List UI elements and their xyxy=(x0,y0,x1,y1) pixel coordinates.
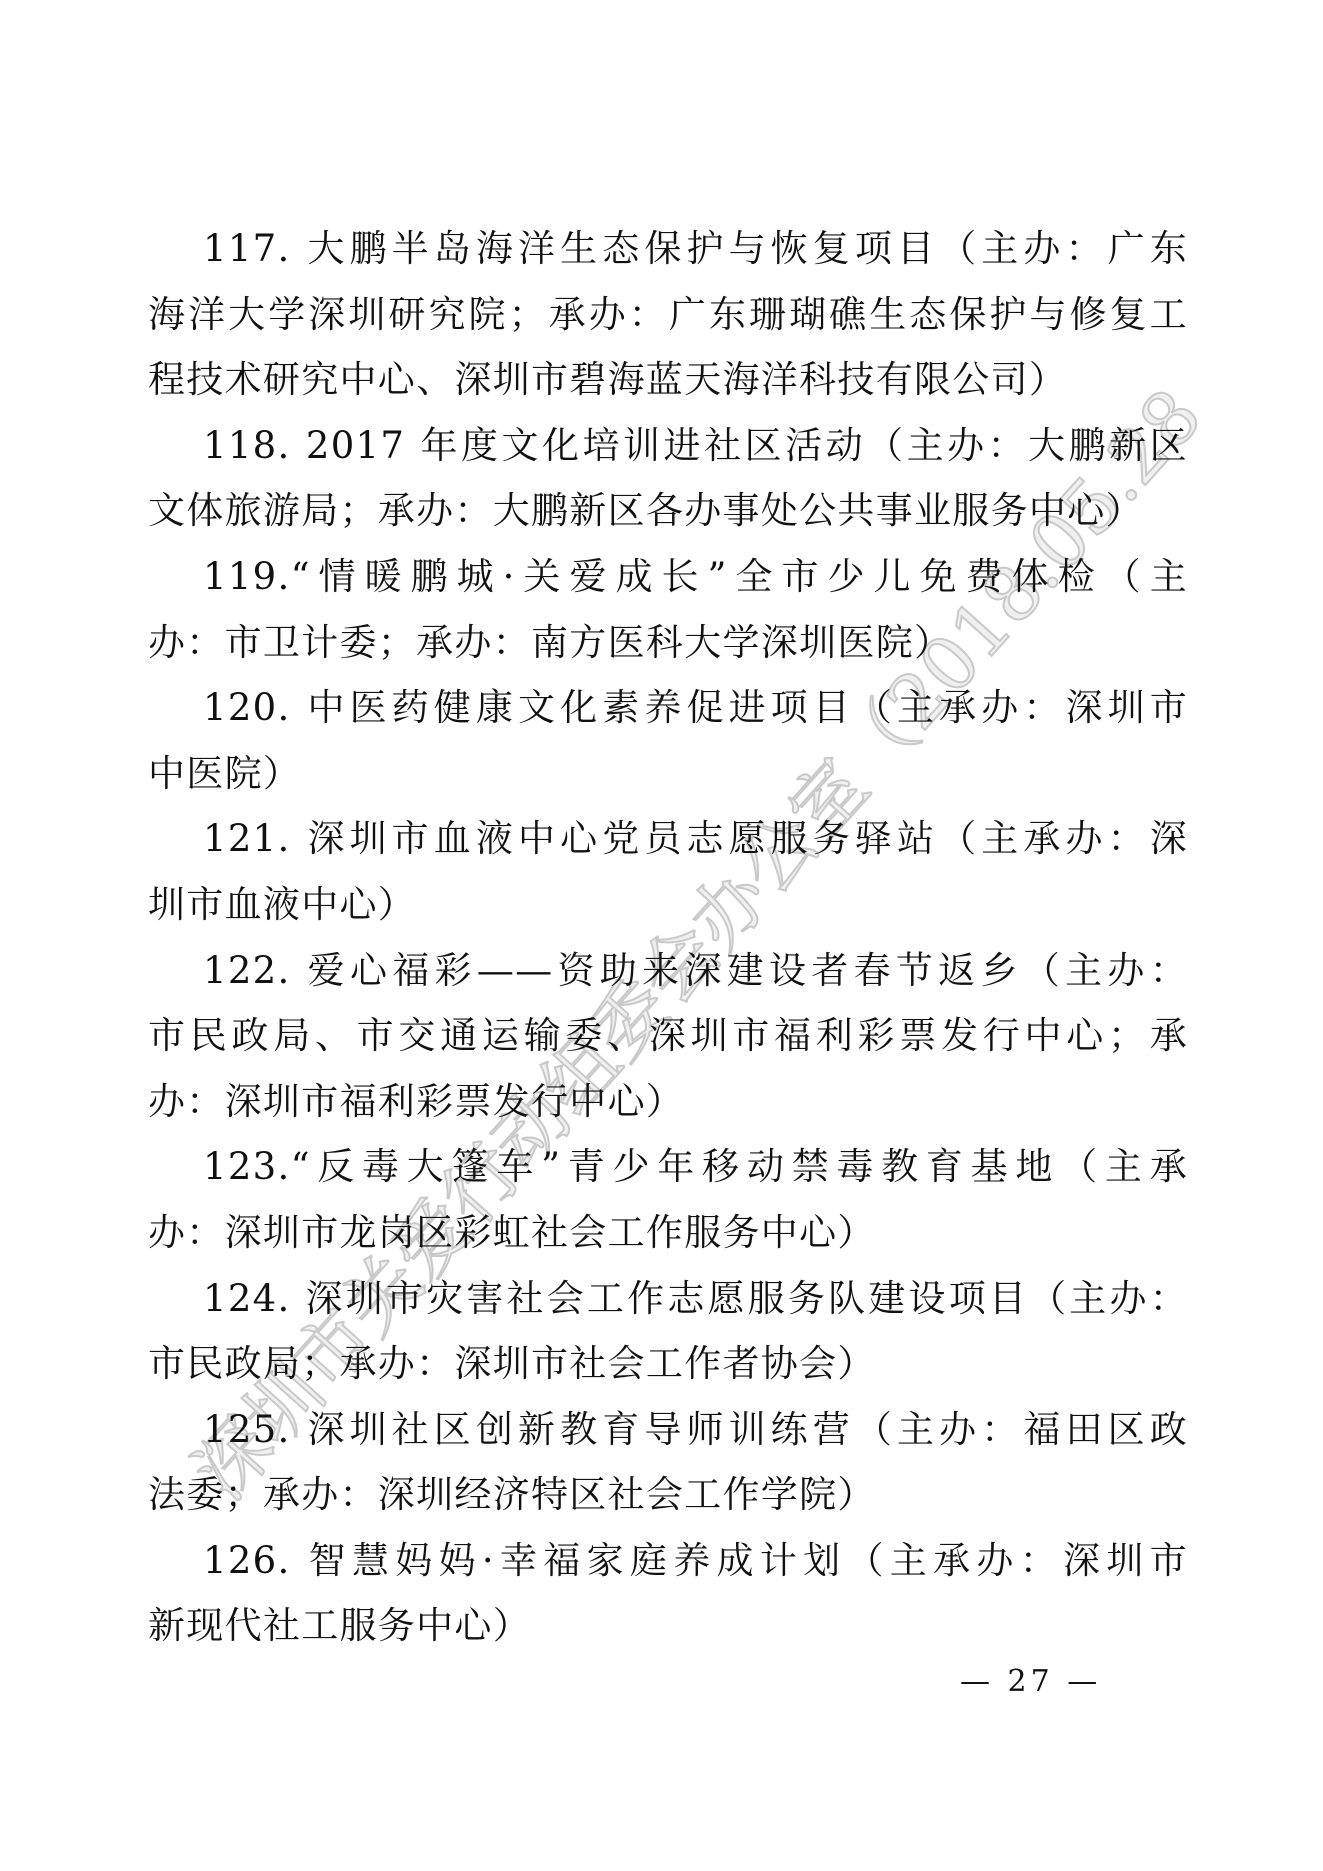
text-line: 124. 深圳市灾害社会工作志愿服务队建设项目（主办： xyxy=(148,1266,1188,1332)
text-line: 市民政局；承办：深圳市社会工作者协会） xyxy=(148,1331,1188,1397)
text-line: 文体旅游局；承办：大鹏新区各办事处公共事业服务中心） xyxy=(148,478,1188,544)
text-line: 123.“反毒大篷车”青少年移动禁毒教育基地（主承 xyxy=(148,1134,1188,1200)
text-line: 海洋大学深圳研究院；承办：广东珊瑚礁生态保护与修复工 xyxy=(148,282,1188,348)
text-line: 中医院） xyxy=(148,741,1188,807)
text-line: 新现代社工服务中心） xyxy=(148,1593,1188,1659)
body-text: 117. 大鹏半岛海洋生态保护与恢复项目（主办：广东 海洋大学深圳研究院；承办：… xyxy=(148,216,1188,1659)
text-line: 办：市卫计委；承办：南方医科大学深圳医院） xyxy=(148,610,1188,676)
text-line: 法委；承办：深圳经济特区社会工作学院） xyxy=(148,1462,1188,1528)
text-line: 圳市血液中心） xyxy=(148,872,1188,938)
page-number: — 27 — xyxy=(960,1664,1101,1699)
text-line: 119.“情暖鹏城·关爱成长”全市少儿免费体检（主 xyxy=(148,544,1188,610)
text-line: 办：深圳市福利彩票发行中心） xyxy=(148,1069,1188,1135)
text-line: 程技术研究中心、深圳市碧海蓝天海洋科技有限公司） xyxy=(148,347,1188,413)
text-line: 122. 爱心福彩——资助来深建设者春节返乡（主办： xyxy=(148,938,1188,1004)
text-line: 市民政局、市交通运输委、深圳市福利彩票发行中心；承 xyxy=(148,1003,1188,1069)
text-line: 125. 深圳社区创新教育导师训练营（主办：福田区政 xyxy=(148,1397,1188,1463)
text-line: 121. 深圳市血液中心党员志愿服务驿站（主承办：深 xyxy=(148,806,1188,872)
text-line: 118. 2017 年度文化培训进社区活动（主办：大鹏新区 xyxy=(148,413,1188,479)
text-line: 120. 中医药健康文化素养促进项目（主承办：深圳市 xyxy=(148,675,1188,741)
document-page: 深圳市关爱行动组委会办公室（2018.05.28 117. 大鹏半岛海洋生态保护… xyxy=(0,0,1323,1871)
text-line: 117. 大鹏半岛海洋生态保护与恢复项目（主办：广东 xyxy=(148,216,1188,282)
text-line: 办：深圳市龙岗区彩虹社会工作服务中心） xyxy=(148,1200,1188,1266)
text-line: 126. 智慧妈妈·幸福家庭养成计划（主承办：深圳市 xyxy=(148,1528,1188,1594)
